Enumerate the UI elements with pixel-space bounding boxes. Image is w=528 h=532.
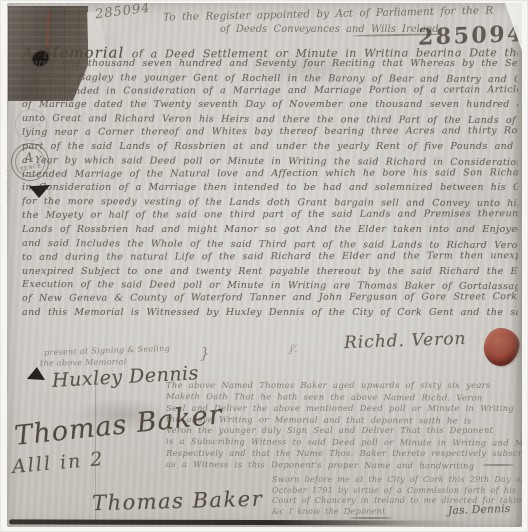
flourish-dash bbox=[350, 517, 392, 519]
jurat-line: October 1791 by virtue of a Commission f… bbox=[272, 486, 522, 497]
paraph-mark: ʃ⁄. bbox=[290, 344, 298, 355]
pence-stamp-unit: PENCE bbox=[20, 163, 43, 173]
body-line: March one thousand seven hundred and Sev… bbox=[22, 58, 518, 72]
red-ink-mark bbox=[46, 11, 50, 47]
page-right-edge-shade bbox=[510, 3, 522, 527]
deponent-signature-bottom: Thomas Baker bbox=[92, 487, 264, 515]
pence-stamp-unit: PENCE bbox=[22, 122, 42, 133]
body-line: in Consideration of a Marriage then inte… bbox=[22, 182, 518, 196]
registry-docket-note: Alll in 2 bbox=[11, 448, 105, 478]
body-line: intended Marriage of the Natural love an… bbox=[22, 167, 518, 183]
body-line: part of the said Lands of Rossbrien at a… bbox=[22, 141, 518, 155]
margin-vertical-text: Registred bbox=[7, 103, 11, 203]
commissioner-signature: Jas. Dennis bbox=[448, 502, 511, 517]
affidavit-line: Respectively and that the Name Thos. Bak… bbox=[166, 448, 522, 459]
body-line: Lands of Rossbrien had and might Manor s… bbox=[22, 224, 518, 238]
brace-mark: } bbox=[200, 344, 210, 362]
body-line: to and during the natural Life of the sa… bbox=[22, 250, 518, 266]
fold-crease bbox=[95, 383, 96, 525]
page-bottom-edge-shadow bbox=[9, 519, 469, 525]
memorial-body-text: A Memorial of a Deed Settlement or Minut… bbox=[22, 44, 518, 321]
pence-stamp-value: 4 bbox=[24, 152, 34, 165]
opening-phrase: A Memorial bbox=[22, 44, 124, 58]
affidavit-line: as a Witness is this Deponent's proper N… bbox=[166, 459, 522, 472]
document-page: 285094 To the Register appointed by Act … bbox=[7, 3, 522, 527]
body-line: and this Memorial is Witnessed by Huxley… bbox=[22, 307, 518, 321]
body-line: lying near a Corner thereof and Whites b… bbox=[22, 125, 518, 141]
body-line: the Moyety or half of the said one third… bbox=[22, 208, 518, 224]
document-scan: 285094 To the Register appointed by Act … bbox=[0, 0, 528, 532]
body-line-text: of a Deed Settlement or Minute in Writin… bbox=[132, 46, 518, 58]
jurat-line: Sworn before me at the City of Cork this… bbox=[272, 475, 522, 486]
body-line: of Marriage dated the Twenty seventh Day… bbox=[22, 99, 518, 113]
body-line: Cork intended in Consideration of a Marr… bbox=[22, 84, 518, 100]
affidavit-line: The above Named Thomas Baker aged upward… bbox=[166, 380, 522, 391]
margin-vertical-text: Stamp Duty bbox=[47, 99, 53, 209]
header-line-1: To the Register appointed by Act of Parl… bbox=[163, 5, 493, 24]
attestation-line-1: present at Signing & Sealing bbox=[44, 344, 170, 357]
body-line: A Memorial of a Deed Settlement or Minut… bbox=[22, 42, 518, 58]
body-line: unexpired Subject to one and twenty Rent… bbox=[22, 266, 518, 280]
registry-number-handwritten: 285094 bbox=[94, 3, 151, 22]
photo-frame: 285094 To the Register appointed by Act … bbox=[0, 0, 528, 532]
body-line: of New Geneva & County of Waterford Tann… bbox=[22, 291, 518, 307]
grantor-signature: Richd. Veron bbox=[344, 329, 467, 353]
ink-triangle-mark bbox=[27, 367, 45, 380]
